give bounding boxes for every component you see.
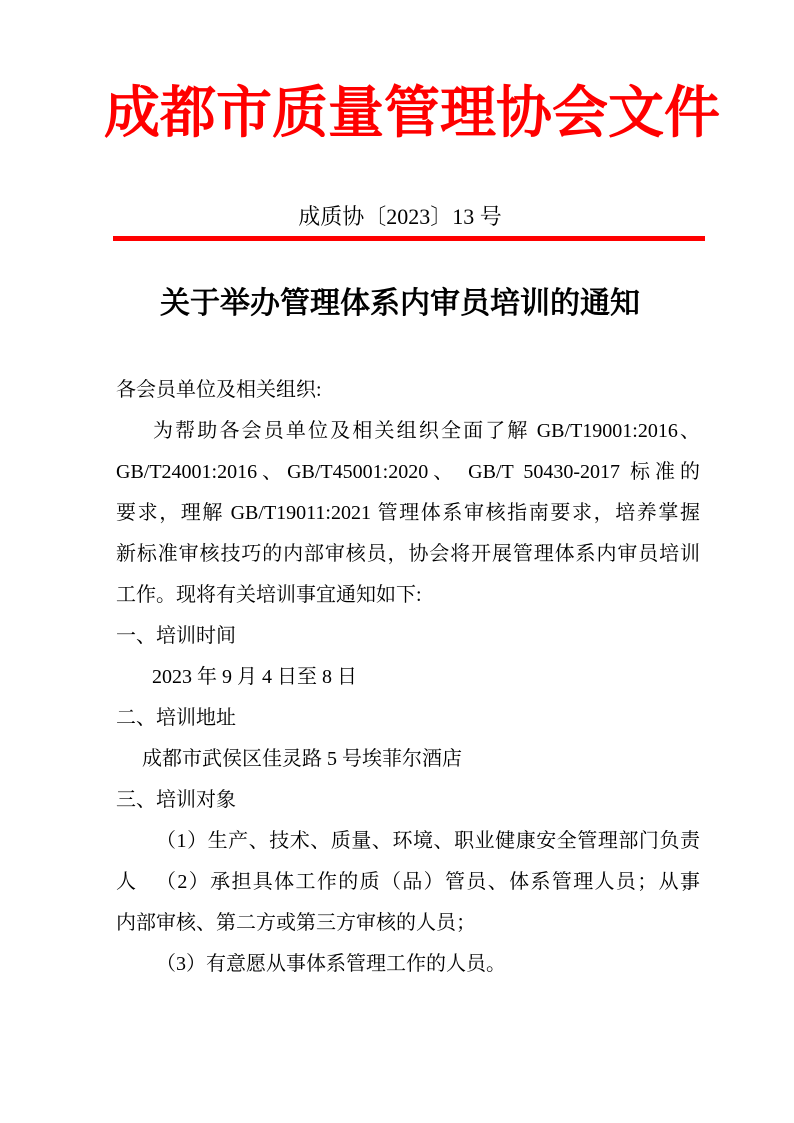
- training-target-item-3: （3）有意愿从事体系管理工作的人员。: [116, 944, 700, 985]
- intro-line: 要求，理解 GB/T19011:2021 管理体系审核指南要求，培养掌握: [116, 493, 700, 534]
- training-address-value: 成都市武侯区佳灵路 5 号埃菲尔酒店: [116, 739, 700, 780]
- intro-line: 工作。现将有关培训事宜通知如下:: [116, 575, 700, 616]
- document-body: 各会员单位及相关组织: 为帮助各会员单位及相关组织全面了解 GB/T19001:…: [116, 370, 700, 985]
- section-heading-training-target: 三、培训对象: [116, 780, 700, 821]
- intro-line: 新标准审核技巧的内部审核员，协会将开展管理体系内审员培训: [116, 534, 700, 575]
- training-target-item-2-continued: 内部审核、第二方或第三方审核的人员；: [116, 903, 700, 944]
- doc-number: 成质协〔2023〕13 号: [104, 203, 696, 231]
- org-header-title: 成都市质量管理协会文件: [104, 84, 696, 144]
- salutation: 各会员单位及相关组织:: [116, 370, 700, 411]
- document-page: 成都市质量管理协会文件 成质协〔2023〕13 号 关于举办管理体系内审员培训的…: [0, 0, 794, 1123]
- training-target-item-1: （1）生产、技术、质量、环境、职业健康安全管理部门负责人；: [116, 821, 700, 862]
- red-divider-rule: [113, 236, 705, 241]
- intro-line: GB/T24001:2016、GB/T45001:2020、 GB/T 5043…: [116, 452, 700, 493]
- section-heading-training-time: 一、培训时间: [116, 616, 700, 657]
- intro-line: 为帮助各会员单位及相关组织全面了解 GB/T19001:2016、: [116, 411, 700, 452]
- training-target-item-2: （2）承担具体工作的质（品）管员、体系管理人员；从事: [116, 862, 700, 903]
- section-heading-training-address: 二、培训地址: [116, 698, 700, 739]
- training-time-value: 2023 年 9 月 4 日至 8 日: [116, 657, 700, 698]
- notice-title: 关于举办管理体系内审员培训的通知: [104, 285, 696, 323]
